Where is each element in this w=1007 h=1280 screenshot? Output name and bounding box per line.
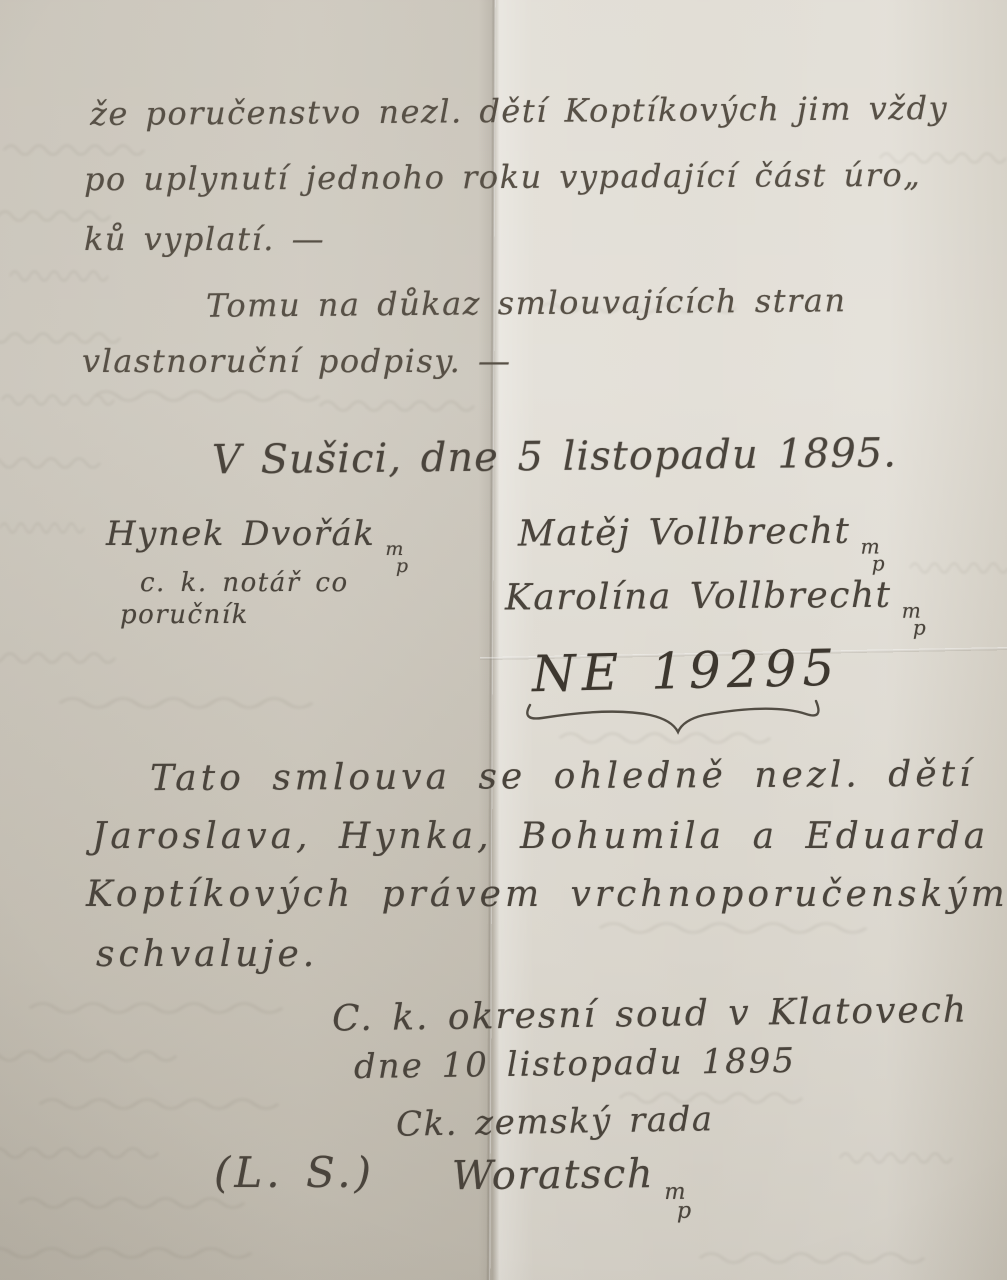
number-flourish bbox=[520, 693, 820, 739]
mp-p: p bbox=[861, 556, 887, 573]
manuscript-line-para1-3: ků vyplatí. — bbox=[84, 220, 325, 258]
manu-propria-mark: mp bbox=[664, 1183, 693, 1221]
manuscript-line-para2-1: Tomu na důkaz smlouvajících stran bbox=[206, 281, 847, 325]
mp-p: p bbox=[664, 1202, 692, 1221]
signature-role-guardian: poručník bbox=[120, 600, 249, 630]
manu-propria-mark: mp bbox=[902, 603, 928, 637]
mp-p: p bbox=[385, 558, 409, 574]
signature-name: Karolína Vollbrecht bbox=[505, 575, 892, 619]
manuscript-line-para1-1: že poručenstvo nezl. dětí Koptíkových ji… bbox=[90, 89, 948, 133]
court-date-line: dne 10 listopadu 1895 bbox=[354, 1041, 797, 1087]
manuscript-line-para3-1: Tato smlouva se ohledně nezl. dětí bbox=[150, 754, 975, 799]
signature-name: Hynek Dvořák bbox=[106, 514, 375, 554]
manu-propria-mark: mp bbox=[860, 538, 886, 572]
signature-hynek-dvorak: Hynek Dvořákmp bbox=[106, 514, 410, 574]
official-title: Ck. zemský rada bbox=[396, 1099, 714, 1145]
manu-propria-mark: mp bbox=[385, 541, 409, 573]
signature-name: Matěj Vollbrecht bbox=[518, 511, 851, 555]
signature-matej-vollbrecht: Matěj Vollbrechtmp bbox=[518, 510, 886, 576]
manuscript-line-para1-2: po uplynutí jednoho roku vypadající část… bbox=[84, 156, 921, 198]
manuscript-line-para3-4: schvaluje. bbox=[96, 934, 318, 975]
signature-name: Woratsch bbox=[452, 1151, 655, 1199]
seal-mark: (L. S.) bbox=[214, 1148, 375, 1197]
manuscript-line-para3-3: Koptíkových právem vrchnoporučenským bbox=[86, 874, 1007, 915]
signature-woratsch: Woratschmp bbox=[452, 1151, 693, 1224]
manuscript-line-para3-2: Jaroslava, Hynka, Bohumila a Eduarda bbox=[92, 816, 989, 857]
signature-karolina-vollbrecht: Karolína Vollbrechtmp bbox=[505, 575, 928, 640]
manuscript-line-para2-2: vlastnoruční podpisy. — bbox=[82, 342, 511, 380]
manuscript-dateline: V Sušici, dne 5 listopadu 1895. bbox=[212, 430, 897, 483]
document-photo: že poručenstvo nezl. dětí Koptíkových ji… bbox=[0, 0, 1007, 1280]
signature-role-notary: c. k. notář co bbox=[140, 568, 349, 598]
mp-p: p bbox=[902, 620, 928, 637]
